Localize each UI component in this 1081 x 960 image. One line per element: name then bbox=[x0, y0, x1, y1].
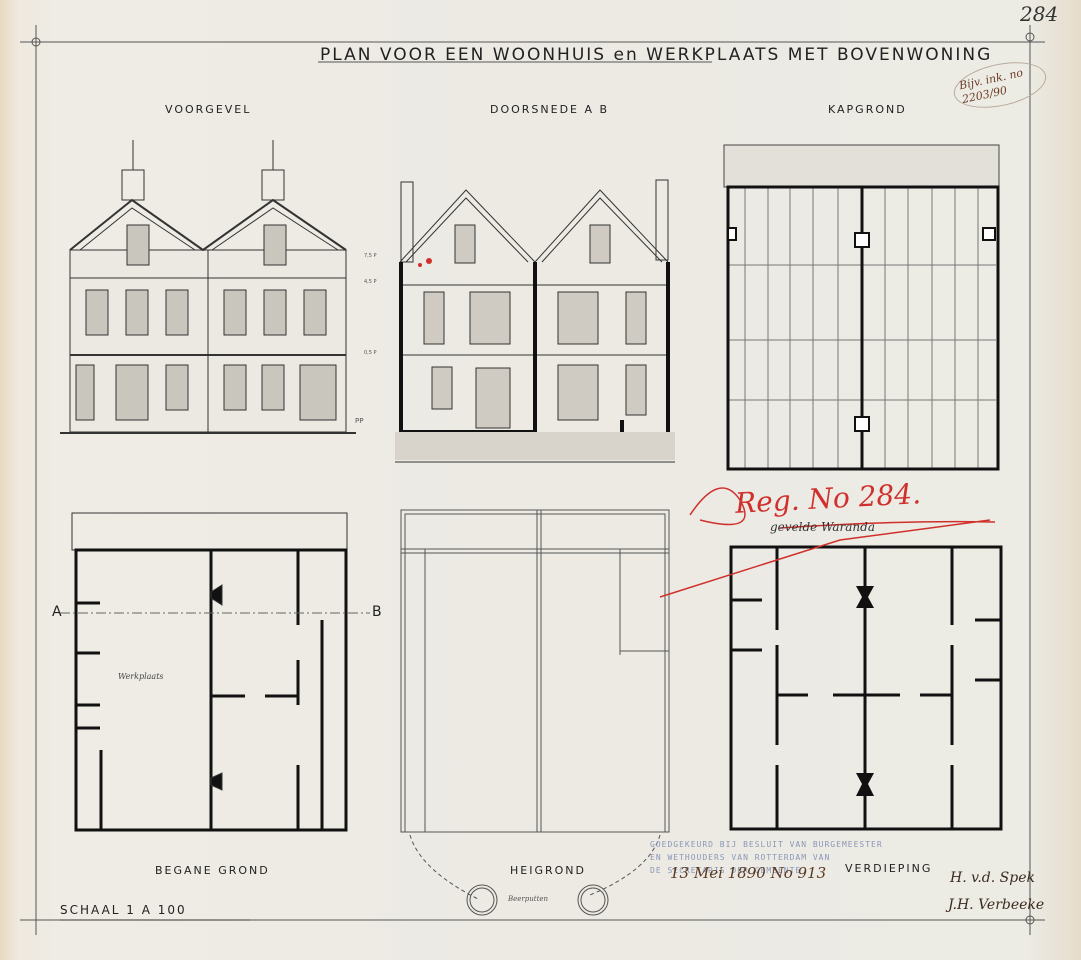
sheet-title-text: PLAN VOOR EEN WOONHUIS en WERKPLAATS MET… bbox=[320, 45, 992, 65]
section-label: DOORSNEDE A B bbox=[490, 103, 609, 116]
roof-plan bbox=[724, 145, 999, 470]
cesspit-label: Beerputten bbox=[508, 895, 548, 903]
section-mark-a: A bbox=[52, 604, 62, 620]
approval-stamp: GOEDGEKEURD BIJ BESLUIT VAN BURGEMEESTER… bbox=[650, 838, 883, 877]
ground-floor-plan bbox=[60, 513, 370, 830]
drawing-sheet: PLAN VOOR EEN WOONHUIS en WERKPLAATS MET… bbox=[0, 0, 1081, 960]
registration-note: gevelde Waranda bbox=[770, 520, 875, 534]
front-elevation bbox=[60, 140, 356, 433]
foundation-plan bbox=[401, 510, 669, 915]
level-mark-2: 4,5 P bbox=[364, 279, 377, 285]
scale-label: SCHAAL 1 A 100 bbox=[60, 903, 187, 917]
room-label-werkplaats: Werkplaats bbox=[118, 672, 164, 681]
foundation-label: HEIGROND bbox=[510, 864, 586, 877]
stamp-date: 13 Mei 1890 No 913 bbox=[650, 864, 826, 882]
stamp-line-2: EN WETHOUDERS VAN ROTTERDAM VAN bbox=[650, 851, 883, 864]
cross-section bbox=[395, 180, 675, 462]
sheet-number: 284 bbox=[1020, 2, 1058, 26]
signature-1: H. v.d. Spek bbox=[950, 870, 1035, 886]
section-mark-b: B bbox=[372, 604, 382, 620]
level-mark-1: 7,5 P bbox=[364, 253, 377, 259]
signature-2: J.H. Verbeeke bbox=[948, 897, 1044, 913]
level-mark-3: 0,5 P bbox=[364, 350, 377, 356]
level-mark-pp: PP bbox=[355, 417, 363, 425]
roof-plan-label: KAPGROND bbox=[828, 103, 907, 116]
ground-floor-label: BEGANE GROND bbox=[155, 864, 270, 877]
sheet-title: PLAN VOOR EEN WOONHUIS en WERKPLAATS MET… bbox=[320, 45, 992, 65]
elevation-label: VOORGEVEL bbox=[165, 103, 251, 116]
stamp-line-1: GOEDGEKEURD BIJ BESLUIT VAN BURGEMEESTER bbox=[650, 838, 883, 851]
